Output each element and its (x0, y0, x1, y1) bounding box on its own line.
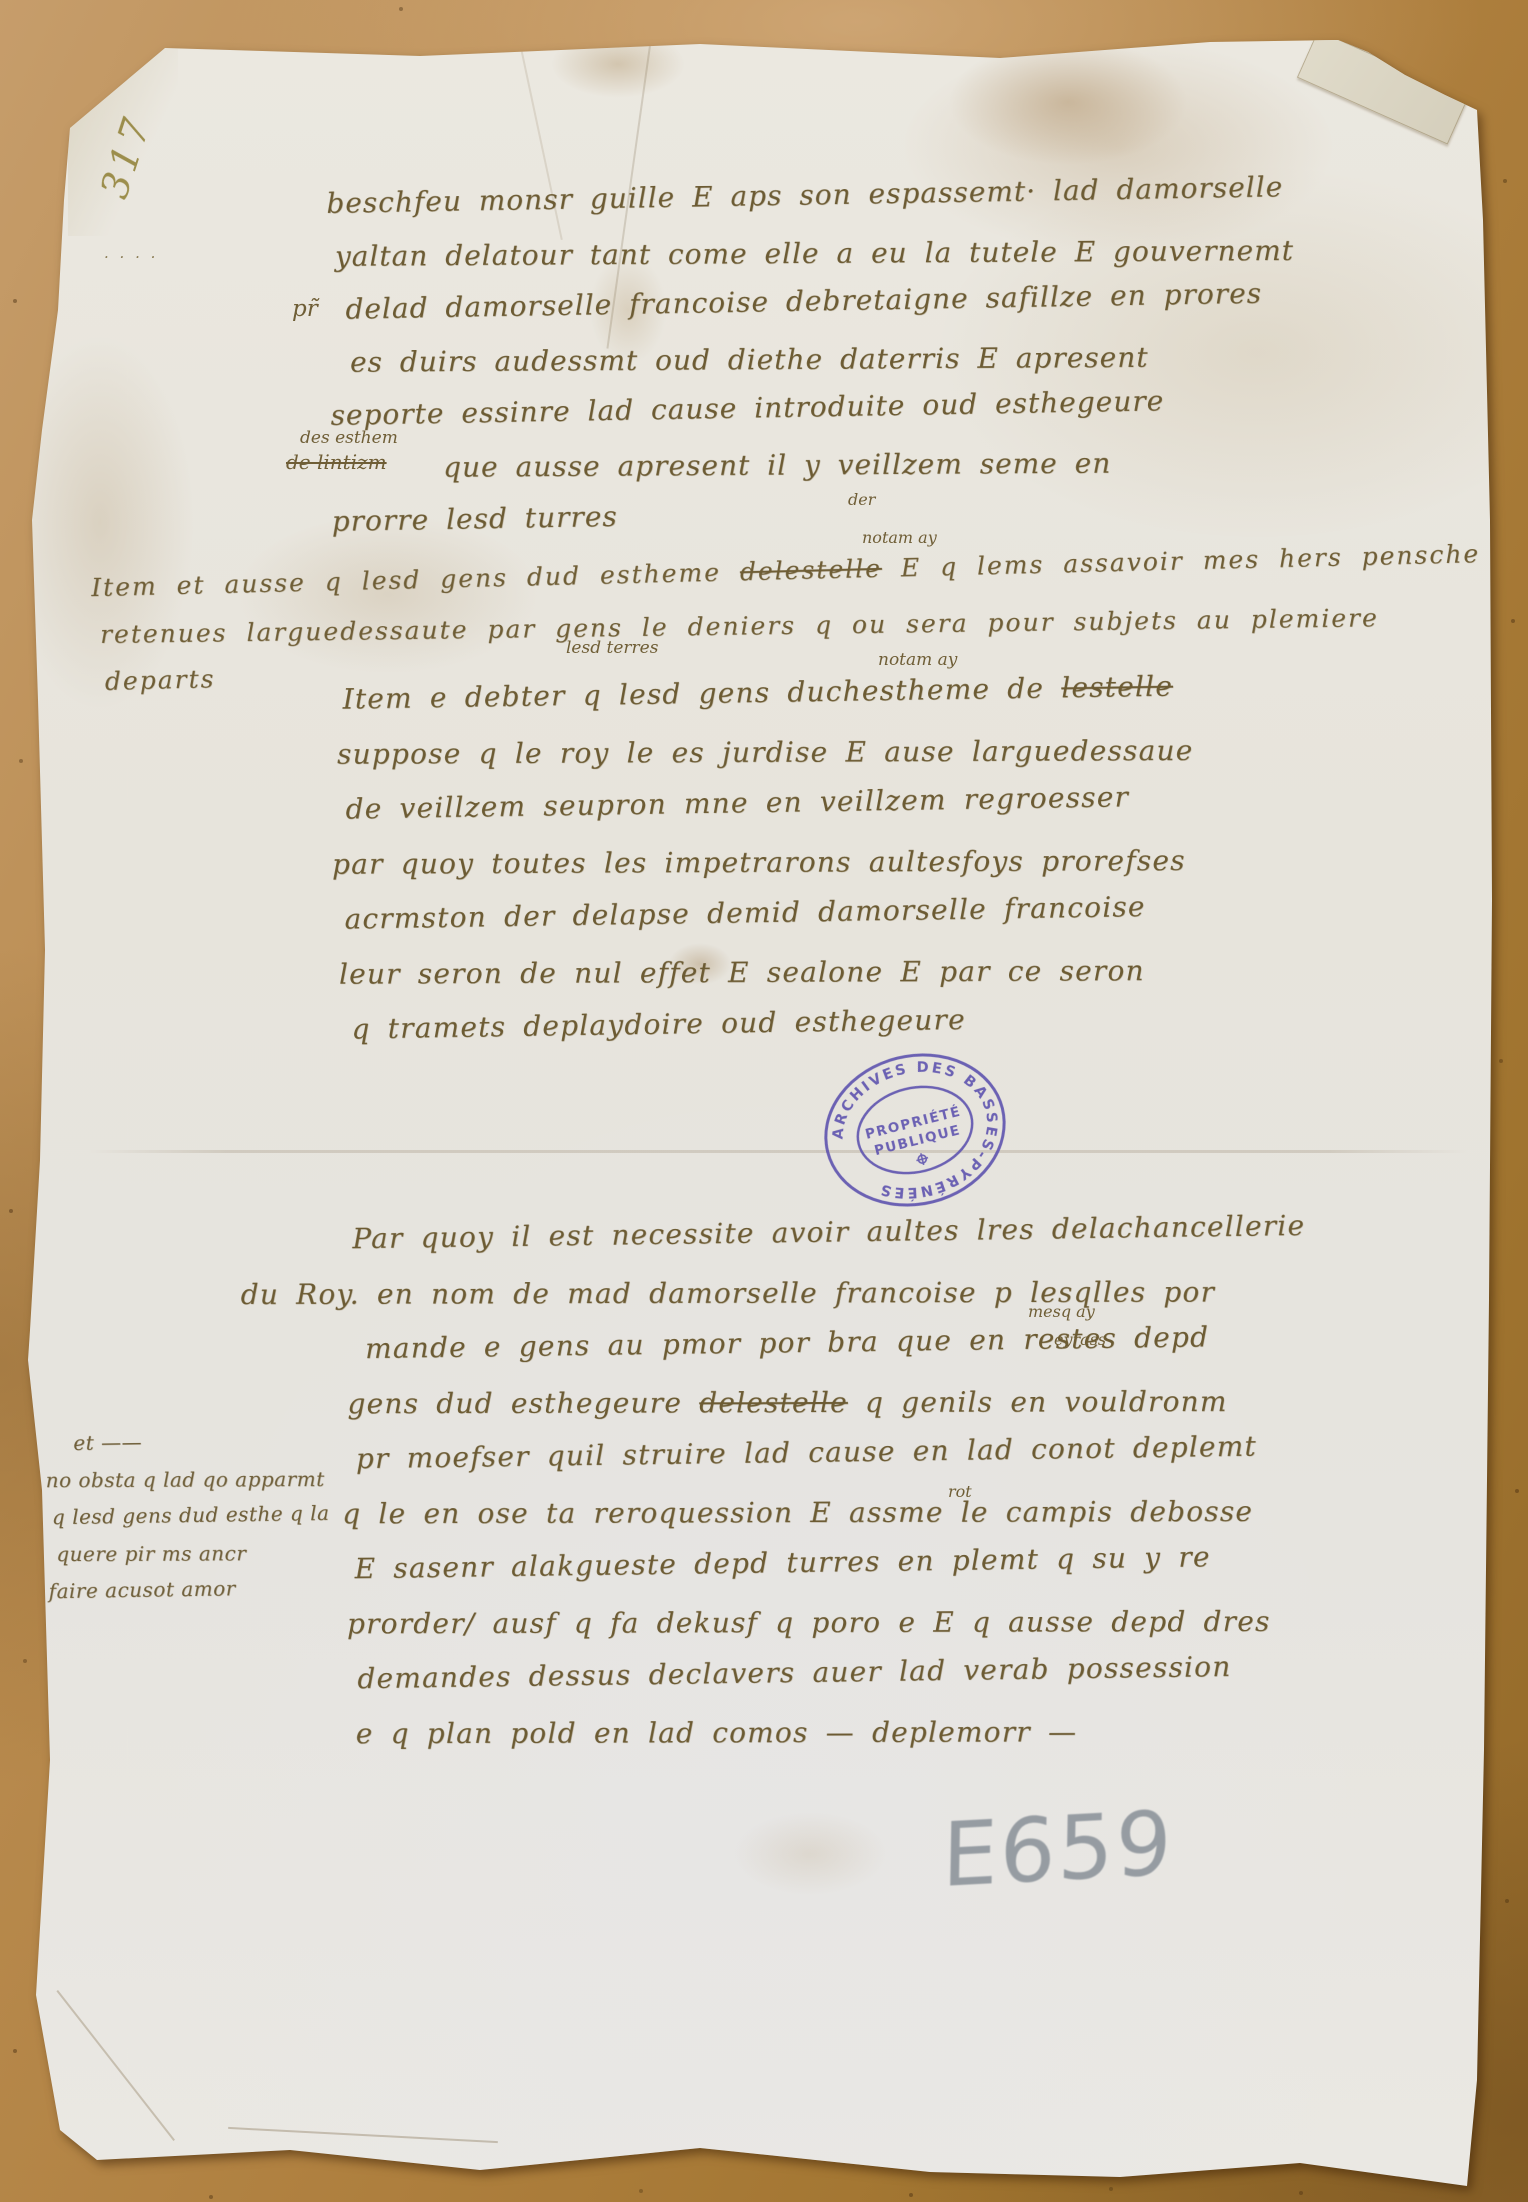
manuscript-text: leur seron de nul effet E sealone E par … (339, 954, 1145, 991)
manuscript-text: prorre lesd turres (331, 500, 618, 538)
manuscript-line: beschfeu monsr guille E aps son espassem… (326, 160, 1294, 230)
stamp-emblem-icon (915, 1152, 930, 1167)
manuscript-text: delad damorselle francoise debretaigne s… (345, 277, 1262, 326)
manuscript-margin-note: et ——no obsta q lad qo apparmtq lesd gen… (45, 1423, 330, 1610)
archival-folio-number: 317 (92, 110, 160, 204)
ink-annotation: notam ay (862, 528, 937, 547)
ink-annotation: eyrass (1054, 1330, 1106, 1349)
ink-annotation: rot (948, 1482, 972, 1501)
manuscript-text: de veillzem seupron mne en veillzem regr… (345, 780, 1129, 825)
manuscript-paragraph-1: beschfeu monsr guille E aps son espassem… (298, 167, 1297, 548)
struck-word: delestelle (699, 1386, 848, 1419)
ink-annotation: des esthem (300, 428, 398, 448)
manuscript-text: pr moefser quil struire lad cause en lad… (356, 1430, 1258, 1476)
manuscript-line: mande e gens au pmor por bra que en rest… (365, 1308, 1307, 1376)
manuscript-text: e q plan pold en lad comos — deplemorr — (356, 1715, 1078, 1750)
ink-annotation: · · · · (104, 248, 158, 266)
manuscript-text: no obsta q lad qo apparmt (46, 1467, 325, 1492)
archive-stamp-graphic: ARCHIVES DES BASSES-PYRÉNÉES PROPRIÉTÉ P… (803, 1029, 1026, 1230)
manuscript-text: q lesd gens dud esthe q la (52, 1501, 330, 1529)
ink-annotation: der (848, 490, 875, 509)
manuscript-text: faire acusot amor (48, 1576, 236, 1603)
manuscript-text: demandes dessus declavers auer lad verab… (357, 1650, 1232, 1695)
manuscript-line: quere pir ms ancr (56, 1535, 330, 1573)
manuscript-text: departs (105, 664, 216, 696)
photograph-background: 317 beschfeu monsr guille E aps son espa… (0, 0, 1528, 2202)
manuscript-text: E sasenr alakgueste depd turres en plemt… (354, 1540, 1211, 1585)
manuscript-text: gens dud esthegeure (347, 1386, 699, 1420)
manuscript-text: que ausse apresent il y veillzem seme en (443, 447, 1111, 484)
struck-word: delestelle (740, 554, 883, 586)
manuscript-text: beschfeu monsr guille E aps son espassem… (326, 170, 1283, 220)
ink-annotation-struck: de lintizm (286, 450, 387, 474)
ink-annotation: lesd terres (566, 638, 658, 658)
manuscript-text: et —— (73, 1430, 142, 1455)
manuscript-text: Item e debter q lesd gens duchestheme de (342, 671, 1061, 715)
manuscript-text: par quoy toutes les impetrarons aultesfo… (332, 844, 1186, 881)
manuscript-line: e q plan pold en lad comos — deplemorr — (356, 1704, 1309, 1761)
manuscript-line: q lesd gens dud esthe q la (52, 1495, 330, 1536)
manuscript-line: Par quoy il est necessite avoir aultes l… (352, 1198, 1306, 1266)
manuscript-text: q genils en vouldronm (848, 1385, 1228, 1419)
manuscript-text: suppose q le roy le es jurdise E ause la… (337, 734, 1194, 771)
manuscript-paragraph-2: Item e debter q lesd gens duchestheme de… (328, 664, 1196, 1057)
manuscript-line: no obsta q lad qo apparmt (46, 1461, 330, 1499)
ink-annotation: pr̃ (292, 296, 318, 322)
manuscript-paragraph-3: Par quoy il est necessite avoir aultes l… (328, 1205, 1309, 1762)
manuscript-text: prorder/ ausf q fa dekusf q poro e E q a… (347, 1605, 1271, 1640)
manuscript-text: es duirs audessmt oud diethe daterris E … (350, 341, 1149, 379)
manuscript-text: acrmston der delapse demid damorselle fr… (344, 890, 1146, 936)
pencil-shelfmark: E659 (941, 1792, 1174, 1907)
manuscript-text: quere pir ms ancr (56, 1541, 246, 1566)
manuscript-text: Item et ausse q lesd gens dud estheme (91, 557, 740, 602)
manuscript-text: E q lems assavoir mes hers pensche (882, 539, 1481, 583)
struck-word: lestelle (1061, 670, 1173, 705)
manuscript-line: et —— (73, 1421, 329, 1462)
manuscript-text: q le en ose ta reroquession E assme le c… (342, 1495, 1253, 1530)
manuscript-text: yaltan delatour tant come elle a eu la t… (335, 234, 1294, 273)
ink-annotation: mesq ay (1028, 1302, 1095, 1321)
ink-annotation: notam ay (878, 650, 957, 670)
manuscript-layer: 317 beschfeu monsr guille E aps son espa… (0, 0, 1528, 2202)
manuscript-text: seporte essinre lad cause introduite oud… (330, 384, 1164, 432)
manuscript-line: faire acusot amor (48, 1569, 330, 1610)
manuscript-text: q tramets deplaydoire oud esthegeure (351, 1003, 966, 1046)
archive-stamp: ARCHIVES DES BASSES-PYRÉNÉES PROPRIÉTÉ P… (803, 1029, 1026, 1230)
manuscript-text: Par quoy il est necessite avoir aultes l… (352, 1209, 1305, 1255)
